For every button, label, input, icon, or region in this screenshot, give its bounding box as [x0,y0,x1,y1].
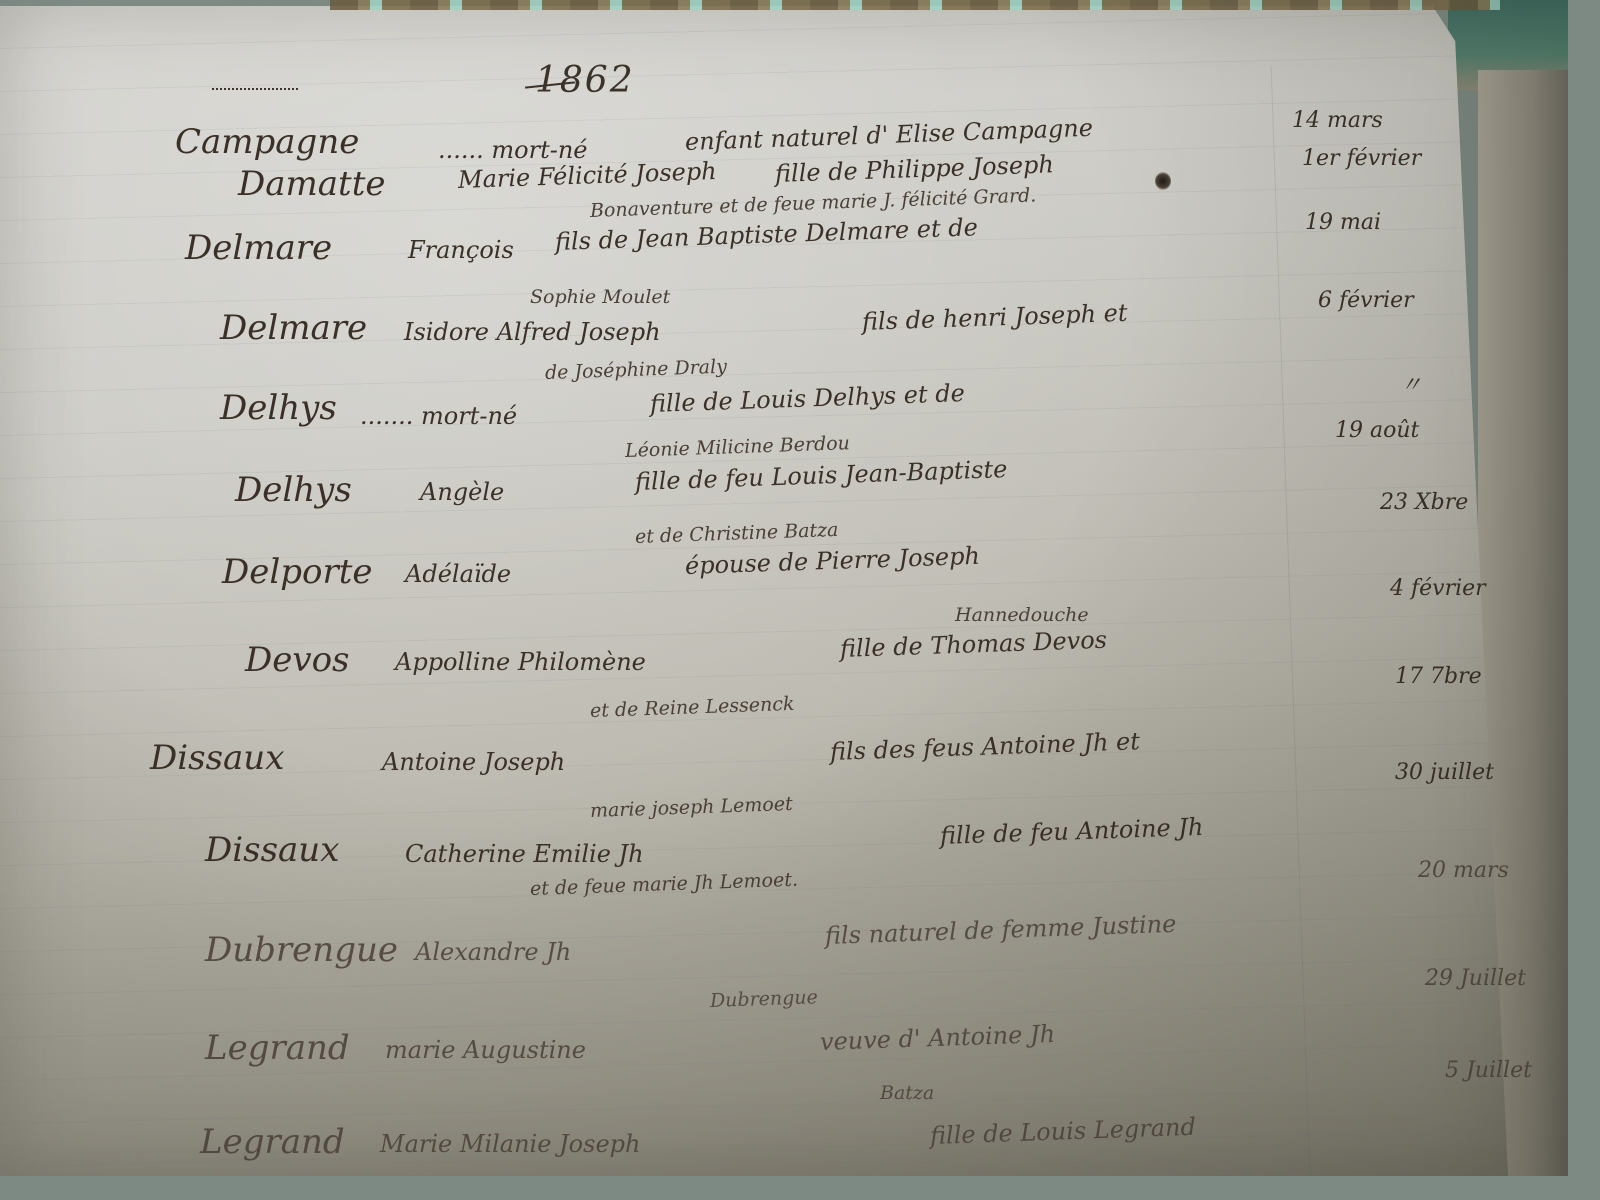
entry-given-name: Appolline Philomène [395,648,646,676]
entry-given-name: Antoine Joseph [382,748,565,776]
entry-date: 20 mars [1418,858,1509,883]
entry-date: 29 Juillet [1425,966,1526,991]
entry-surname: Devos [245,640,350,680]
entry-given-name: Alexandre Jh [415,938,571,966]
entry-date: 19 août [1335,418,1419,443]
entry-date: 19 mai [1305,210,1381,235]
entry-given-name: Marie Milanie Joseph [380,1130,640,1158]
entry-given-name: Isidore Alfred Joseph [404,318,661,346]
entry-given-name: marie Augustine [385,1036,586,1064]
entry-date: 1er février [1302,146,1421,171]
entry-surname: Dubrengue [205,930,398,970]
register-year: 1862 [535,60,635,101]
entry-surname: Dissaux [205,830,339,870]
entry-given-name: ...... mort-né [438,136,588,164]
entry-surname: Dissaux [150,738,284,778]
entry-date: 〃 [1400,368,1422,399]
entry-surname: Delhys [235,470,352,510]
flourish-ornament [212,88,298,93]
entry-date: 5 Juillet [1445,1058,1532,1083]
entry-surname: Legrand [200,1122,345,1162]
entry-date: 14 mars [1292,108,1383,133]
entry-surname: Delmare [220,308,367,348]
ink-blot [1155,172,1171,190]
entry-surname: Delporte [222,552,373,592]
entry-details-continued: Sophie Moulet [530,286,670,308]
entry-given-name: Adélaïde [405,560,511,588]
entry-date: 4 février [1390,576,1486,601]
entry-date: 30 juillet [1395,760,1494,785]
torn-binding-edge [330,0,1500,10]
entry-given-name: ....... mort-né [360,402,517,430]
entry-surname: Delmare [185,228,332,268]
entry-details-continued: Hannedouche [955,604,1089,626]
entry-date: 6 février [1318,288,1414,313]
entry-details-continued: Batza [880,1082,934,1104]
entry-given-name: François [408,236,514,264]
entry-surname: Damatte [238,164,386,204]
entry-date: 17 7bre [1395,664,1482,689]
entry-given-name: Catherine Emilie Jh [405,840,644,868]
entry-date: 23 Xbre [1380,490,1468,515]
entry-details-continued: Dubrengue [710,986,819,1012]
entry-surname: Delhys [220,388,337,428]
entry-given-name: Angèle [420,478,504,506]
entry-surname: Campagne [175,122,359,162]
entry-surname: Legrand [205,1028,350,1068]
